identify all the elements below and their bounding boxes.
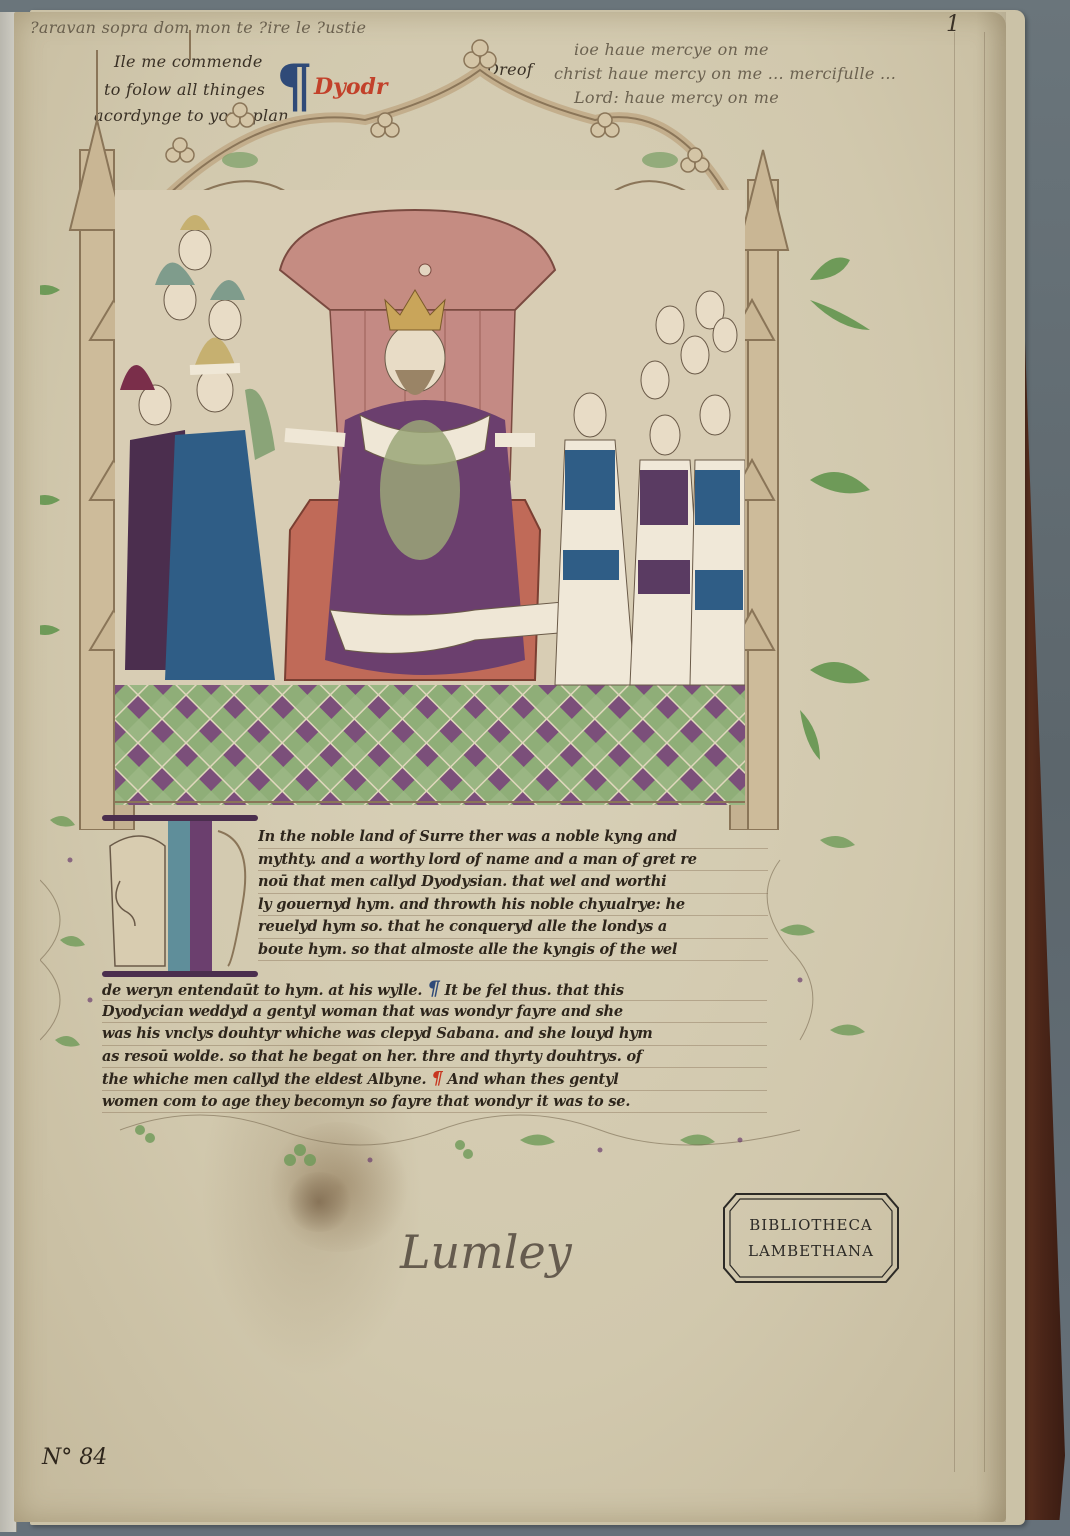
page-edge-shadow: [976, 12, 1006, 1522]
border-foliage: [40, 800, 900, 1180]
shelfmark: N° 84: [42, 1445, 107, 1470]
folio-number: 1: [946, 12, 960, 37]
ruling-line: [984, 32, 985, 1472]
stamp-line-1: BIBLIOTHECA: [749, 1212, 873, 1238]
owner-signature: Lumley: [400, 1225, 572, 1279]
stamp-line-2: LAMBETHANA: [748, 1238, 874, 1264]
ruling-line: [954, 32, 955, 1472]
stain: [284, 1172, 354, 1232]
miniature-illustration: [115, 190, 745, 805]
library-stamp: BIBLIOTHECA LAMBETHANA: [720, 1190, 902, 1286]
